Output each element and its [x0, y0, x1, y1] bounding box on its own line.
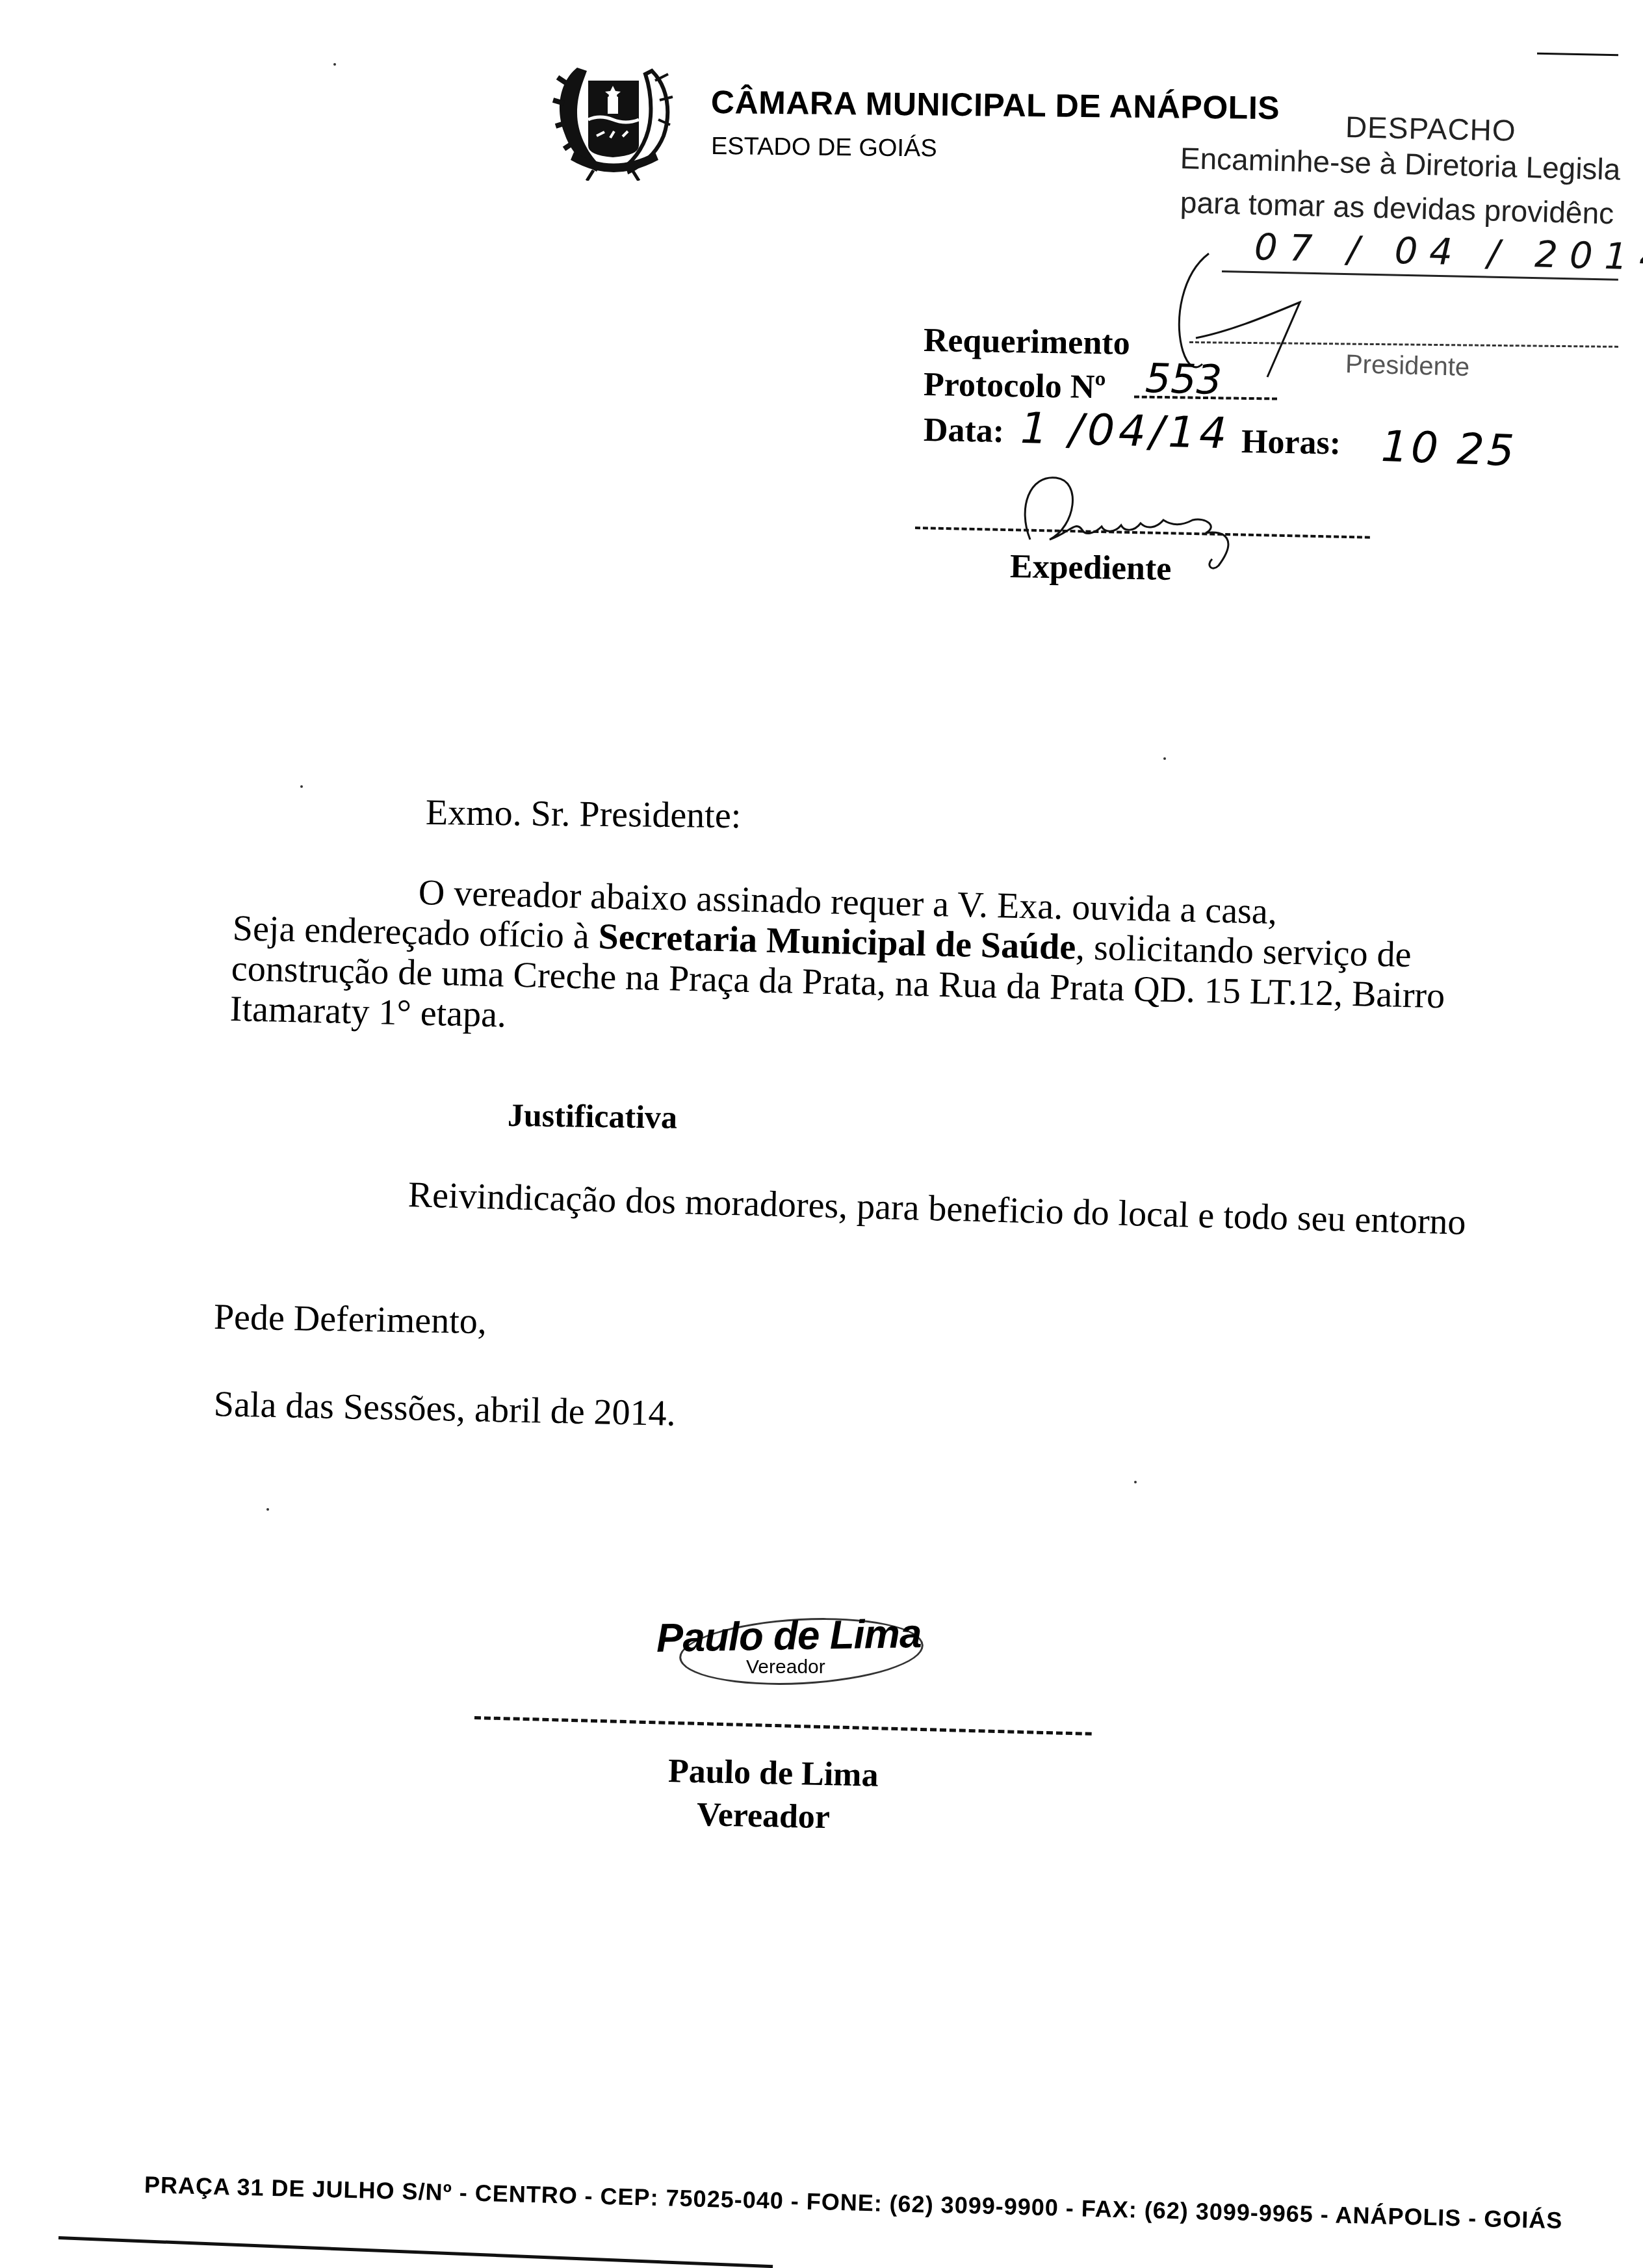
institution-subtitle: ESTADO DE GOIÁS — [711, 133, 937, 163]
protocol-number-label: Protocolo Nº — [924, 365, 1106, 406]
expediente-label: Expediente — [1010, 547, 1172, 588]
signer-rule — [474, 1716, 1092, 1736]
signature-stamp-name: Paulo de Lima — [656, 1611, 922, 1662]
scan-speck — [1163, 757, 1166, 760]
institution-title: CÂMARA MUNICIPAL DE ANÁPOLIS — [711, 83, 1280, 127]
closing-line: Pede Deferimento, — [214, 1299, 487, 1340]
footer-address: PRAÇA 31 DE JULHO S/Nº - CENTRO - CEP: 7… — [144, 2171, 1562, 2234]
request-text: , solicitando serviço de — [1076, 927, 1412, 975]
scan-speck — [300, 785, 303, 788]
justification-heading: Justificativa — [508, 1096, 678, 1136]
despacho-title: DESPACHO — [1345, 109, 1516, 148]
scan-speck — [1134, 1481, 1137, 1483]
coat-of-arms-icon — [548, 55, 678, 181]
signer-name: Paulo de Lima — [667, 1752, 879, 1795]
despacho-instruction-line-1: Encaminhe-se à Diretoria Legisla — [1180, 140, 1621, 187]
request-type-label: Requerimento — [924, 321, 1131, 363]
footer-scan-rule — [58, 2236, 773, 2268]
date-label: Data: — [924, 411, 1005, 450]
despacho-signer-label: Presidente — [1345, 350, 1469, 382]
despacho-instruction-line-2: para tomar as devidas providênc — [1180, 185, 1614, 231]
place-and-date: Sala das Sessões, abril de 2014. — [213, 1386, 676, 1432]
justification-text: Reivindicação dos moradores, para benefi… — [408, 1177, 1466, 1241]
scan-mark-rule — [1537, 53, 1618, 57]
scan-speck — [266, 1508, 269, 1511]
date-value: 1 /04/14 — [1020, 403, 1231, 458]
salutation: Exmo. Sr. Presidente: — [426, 794, 742, 834]
time-label: Horas: — [1241, 423, 1341, 462]
signature-stamp-role: Vereador — [746, 1656, 825, 1678]
signer-role: Vereador — [696, 1795, 830, 1836]
time-value: 10 25 — [1380, 421, 1518, 476]
scan-speck — [333, 63, 336, 66]
request-paragraph-line-4: Itamaraty 1° etapa. — [229, 991, 506, 1034]
